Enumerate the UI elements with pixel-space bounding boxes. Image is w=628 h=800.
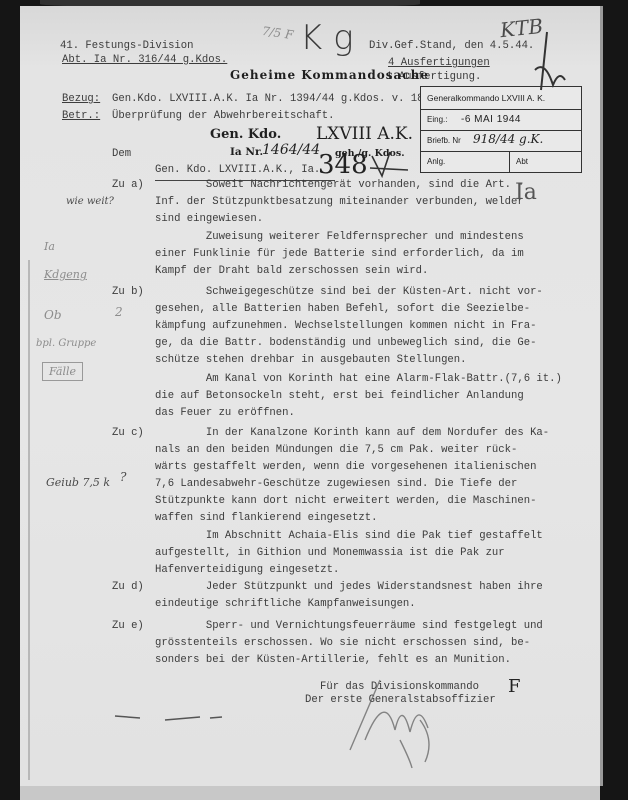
- classification-stamp: Geheime Kommandosache: [230, 68, 429, 82]
- section-c-para1-line4: 7,6 Landesabwehr-Geschütze zugewiesen si…: [155, 477, 517, 492]
- section-d-para1-line2: eindeutige schriftliche Kampfanweisungen…: [155, 597, 416, 612]
- section-b-label: Zu b): [112, 285, 144, 300]
- section-c-para2-line1: Im Abschnitt Achaia-Elis sind die Pak ti…: [155, 529, 543, 544]
- eingang-date: -6 MAI 1944: [461, 110, 521, 130]
- section-e-label: Zu e): [112, 619, 144, 634]
- handwritten-paraph-icon: [525, 30, 575, 100]
- recipient-stamp-gen-kdo: Gen. Kdo.: [210, 127, 281, 142]
- margin-fold-line: [28, 260, 30, 780]
- margin-note-b2: Kdgeng: [44, 268, 87, 281]
- section-a-para1-line3: sind eingewiesen.: [155, 212, 263, 227]
- section-a-para1-line1: Soweit Nachrichtengerät vorhanden, sind …: [155, 178, 524, 193]
- handwritten-kg-mark: K g: [300, 18, 354, 58]
- section-a-para1-line2: Inf. der Stützpunktbesatzung miteinander…: [155, 195, 524, 210]
- recipient-stamp-handwritten-number: 1464/44: [262, 142, 320, 158]
- section-e-para1-line1: Sperr- und Vernichtungsfeuerräume sind f…: [155, 619, 543, 634]
- receipt-box-anlagen-row: Anlg. Abt: [421, 152, 581, 172]
- handwritten-initial-f: F: [508, 676, 521, 697]
- section-c-para1-line2: nals an den beiden Mündungen die 7,5 cm …: [155, 443, 517, 458]
- abteilung-label: Abt: [509, 152, 528, 172]
- section-c-para2-line3: Hafenverteidigung eingesetzt.: [155, 563, 339, 578]
- section-a-label: Zu a): [112, 178, 144, 193]
- section-a-para2-line2: einer Funklinie für jede Batterie sind e…: [155, 247, 524, 262]
- margin-note-c: Geiub 7,5 k: [46, 476, 110, 489]
- issuer-division: 41. Festungs-Division: [60, 39, 194, 54]
- margin-note-a: wie weit?: [66, 196, 114, 207]
- section-b-para1-line2: gesehen, alle Batterien haben Befehl, so…: [155, 302, 530, 317]
- recipient-stamp-corps: LXVIII A.K.: [316, 124, 413, 144]
- bezug-label: Bezug:: [62, 92, 100, 107]
- issuer-reference-number: Abt. Ia Nr. 316/44 g.Kdos.: [62, 53, 227, 68]
- section-c-para1-line1: In der Kanalzone Korinth kann auf dem No…: [155, 426, 549, 441]
- handwritten-checkmark-icon: [368, 150, 418, 180]
- betreff-label: Betr.:: [62, 109, 100, 124]
- margin-note-b1: Ia: [44, 240, 55, 253]
- receipt-box-eingang-row: Eing.: -6 MAI 1944: [421, 110, 581, 131]
- addressee-dem: Dem: [112, 147, 131, 162]
- section-c-para2-line2: aufgestellt, in Githion und Monemwassia …: [155, 546, 505, 561]
- section-c-para1-line6: waffen sind flankierend eingesetzt.: [155, 511, 378, 526]
- section-b-para1-line5: schütze stehen drehbar in ausgebauten St…: [155, 353, 467, 368]
- section-e-para1-line3: sonders bei der Küsten-Artillerie, fehlt…: [155, 653, 511, 668]
- handwritten-right-mark: Ia: [515, 180, 537, 205]
- scan-bottom-edge: [20, 786, 600, 800]
- section-b-para1-line4: ge, da die Battr. bodenständig und unbew…: [155, 336, 536, 351]
- briefbuch-label: Briefb. Nr: [427, 136, 461, 145]
- briefbuch-number: 918/44 g.K.: [473, 129, 543, 149]
- section-b-para1-line1: Schweigegeschütze sind bei der Küsten-Ar…: [155, 285, 543, 300]
- section-b-para2-line3: das Feuer zu eröffnen.: [155, 406, 295, 421]
- stray-pen-marks-icon: [110, 710, 230, 730]
- betreff-text: Überprüfung der Abwehrbereitschaft.: [112, 109, 335, 124]
- section-c-para1-line5: Stützpunkte kann dort nicht erweitert we…: [155, 494, 536, 509]
- section-b-para2-line2: die auf Betonsockeln steht, erst bei fei…: [155, 389, 524, 404]
- margin-note-b3: Ob: [44, 308, 62, 322]
- signature-scrawl-icon: [340, 670, 450, 770]
- section-d-label: Zu d): [112, 580, 144, 595]
- section-b-para2-line1: Am Kanal von Korinth hat eine Alarm-Flak…: [155, 372, 562, 387]
- bezug-text: Gen.Kdo. LXVIII.A.K. Ia Nr. 1394/44 g.Kd…: [112, 92, 462, 107]
- margin-note-b5: bpl. Gruppe: [36, 338, 96, 349]
- section-d-para1-line1: Jeder Stützpunkt und jedes Widerstandsne…: [155, 580, 543, 595]
- section-c-para1-line3: wärts gestaffelt werden, wenn die vorges…: [155, 460, 536, 475]
- margin-note-b6-boxed: Fälle: [42, 362, 83, 381]
- recipient-stamp-ia-nr: Ia Nr.: [230, 146, 263, 158]
- section-c-label: Zu c): [112, 426, 144, 441]
- section-a-para2-line1: Zuweisung weiterer Feldfernsprecher und …: [155, 230, 524, 245]
- eingang-label: Eing.:: [427, 115, 447, 124]
- section-e-para1-line2: grösstenteils erschossen. Wo sie nicht e…: [155, 636, 530, 651]
- margin-note-b4: 2: [115, 305, 123, 319]
- receipt-box-briefbuch-row: Briefb. Nr 918/44 g.K.: [421, 131, 581, 152]
- anlagen-label: Anlg.: [427, 157, 445, 166]
- handwritten-number-348: 348: [318, 150, 368, 180]
- section-a-para2-line3: Kampf der Draht bald zerschossen sein wi…: [155, 264, 428, 279]
- margin-note-c-question: ?: [120, 470, 126, 484]
- section-b-para1-line3: kämpfung aufzunehmen. Wechselstellungen …: [155, 319, 536, 334]
